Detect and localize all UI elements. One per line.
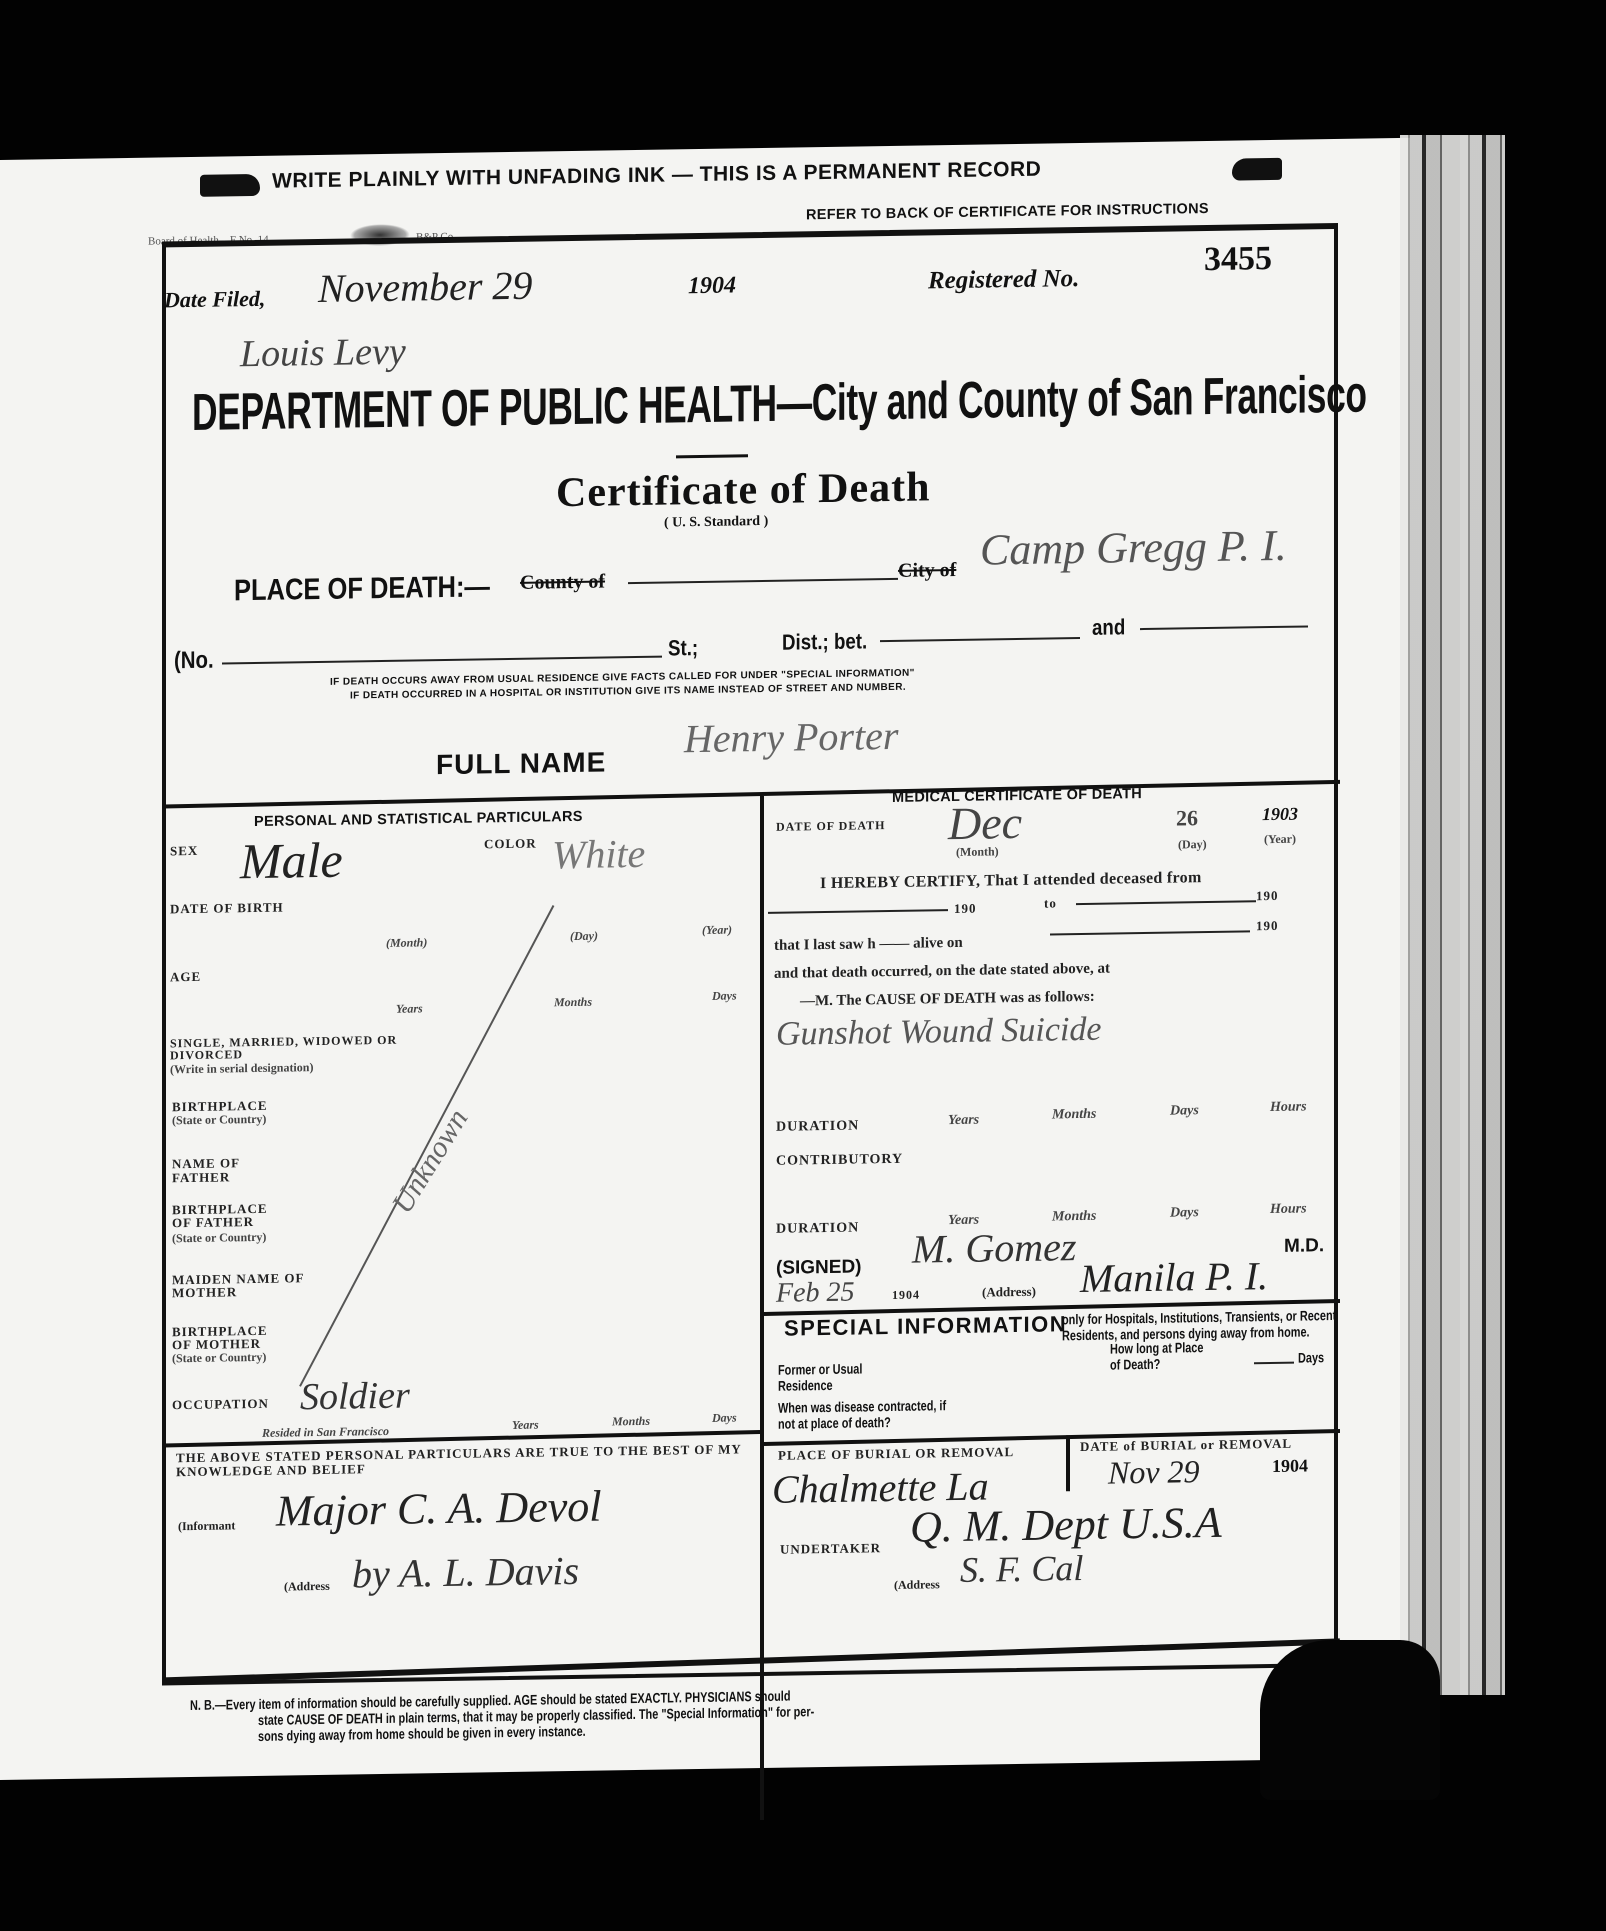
duration-hours-1: Hours (1270, 1099, 1307, 1116)
residence-label: Former or Usual Residence (778, 1360, 872, 1393)
signed-value[interactable]: M. Gomez (912, 1223, 1076, 1273)
city-value[interactable]: Camp Gregg P. I. (980, 520, 1287, 576)
dob-day-label: (Day) (570, 929, 598, 944)
burial-date-year: 1904 (1272, 1455, 1308, 1477)
informant-value[interactable]: Major C. A. Devol (276, 1481, 602, 1537)
informant-label: (Informant (178, 1518, 235, 1534)
marital-note: (Write in serial designation) (170, 1060, 313, 1077)
dob-month-label: (Month) (386, 935, 427, 951)
street-label: St.; (668, 635, 698, 661)
color-label: COLOR (484, 836, 537, 853)
officer-signature: Louis Levy (240, 330, 406, 377)
burial-vertical-divider (1066, 1435, 1070, 1491)
occupation-value[interactable]: Soldier (300, 1374, 410, 1420)
dod-year-value[interactable]: 1903 (1262, 804, 1298, 826)
date-filed-value[interactable]: November 29 (318, 262, 532, 312)
date-filed-label: Date Filed, (164, 286, 265, 314)
dod-label: DATE OF DEATH (776, 818, 885, 835)
informant-address-value[interactable]: by A. L. Davis (352, 1547, 579, 1598)
age-days-label: Days (712, 988, 737, 1003)
district-label: Dist.; bet. (782, 628, 867, 655)
undertaker-address-value[interactable]: S. F. Cal (960, 1547, 1083, 1591)
thumb-shadow (1260, 1640, 1440, 1800)
duration-label-1: DURATION (776, 1119, 859, 1136)
informant-address-label: (Address (284, 1579, 330, 1595)
duration-label-2: DURATION (776, 1221, 859, 1238)
page-stack-edge (1400, 135, 1505, 1695)
certificate-title: Certificate of Death (556, 463, 931, 517)
center-divider (760, 796, 764, 1820)
dod-year-label: (Year) (1264, 832, 1296, 848)
undertaker-label: UNDERTAKER (780, 1540, 881, 1558)
days-label: Days (1298, 1349, 1324, 1365)
signed-date-value[interactable]: Feb 25 (776, 1277, 855, 1310)
dod-day-value[interactable]: 26 (1176, 805, 1198, 831)
special-heading-note: only for Hospitals, Institutions, Transi… (1062, 1307, 1343, 1343)
duration-months-1: Months (1052, 1107, 1096, 1124)
color-value[interactable]: White (552, 830, 645, 878)
resided-days-label: Days (712, 1410, 737, 1425)
father-birthplace-label: BIRTHPLACE OF FATHER (172, 1202, 282, 1230)
full-name-value[interactable]: Henry Porter (684, 712, 898, 762)
father-birthplace-note: (State or Country) (172, 1230, 266, 1246)
to-year: 190 (1256, 888, 1279, 904)
md-label: M.D. (1284, 1235, 1324, 1258)
registered-no-value[interactable]: 3455 (1204, 240, 1272, 279)
how-long-label: How long at Place of Death? (1110, 1339, 1204, 1372)
cause-value[interactable]: Gunshot Wound Suicide (776, 1011, 1102, 1054)
registered-no-label: Registered No. (928, 265, 1079, 295)
duration-years-1: Years (948, 1113, 979, 1129)
duration-days-1: Days (1170, 1103, 1199, 1119)
mother-birthplace-label: BIRTHPLACE OF MOTHER (172, 1324, 282, 1352)
and-label: and (1092, 614, 1125, 641)
city-label: City of (898, 559, 956, 583)
medical-address-label: (Address) (982, 1284, 1036, 1301)
mother-birthplace-note: (State or Country) (172, 1350, 266, 1366)
mother-maiden-label: MAIDEN NAME OF MOTHER (172, 1271, 312, 1299)
undertaker-address-label: (Address (894, 1577, 940, 1593)
occupation-label: OCCUPATION (172, 1396, 269, 1414)
instructions-note: REFER TO BACK OF CERTIFICATE FOR INSTRUC… (806, 201, 1209, 223)
dod-day-label: (Day) (1178, 837, 1207, 852)
date-filed-year: 1904 (688, 272, 736, 300)
duration-days-2: Days (1170, 1205, 1199, 1221)
resided-months-label: Months (612, 1414, 650, 1430)
contributory-label: CONTRIBUTORY (776, 1152, 903, 1170)
pointing-hand-icon (200, 174, 260, 197)
from-year: 190 (954, 901, 977, 917)
dob-year-label: (Year) (702, 923, 732, 938)
special-heading: SPECIAL INFORMATION (784, 1311, 1067, 1341)
dob-label: DATE OF BIRTH (170, 900, 284, 918)
certificate-page: WRITE PLAINLY WITH UNFADING INK — THIS I… (0, 138, 1410, 1780)
duration-hours-2: Hours (1270, 1201, 1307, 1218)
age-label: AGE (170, 969, 201, 985)
resided-years-label: Years (512, 1418, 539, 1433)
last-saw-line: that I last saw h —— alive on (774, 935, 963, 955)
county-label: County of (520, 570, 605, 594)
to-label: to (1044, 895, 1057, 911)
sex-value[interactable]: Male (240, 831, 343, 891)
signed-year: 1904 (892, 1288, 920, 1303)
place-of-death-label: PLACE OF DEATH:— (234, 570, 490, 608)
marital-label: SINGLE, MARRIED, WIDOWED OR DIVORCED (170, 1034, 410, 1062)
sex-label: SEX (170, 843, 198, 859)
dod-month-value[interactable]: Dec (948, 796, 1022, 850)
age-months-label: Months (554, 995, 592, 1011)
full-name-label: FULL NAME (436, 746, 606, 781)
street-no-label: (No. (174, 647, 214, 676)
last-saw-year: 190 (1256, 918, 1279, 934)
banner-text: WRITE PLAINLY WITH UNFADING INK — THIS I… (272, 158, 1041, 194)
undertaker-value[interactable]: Q. M. Dept U.S.A (910, 1497, 1222, 1553)
dod-month-label: (Month) (956, 844, 999, 860)
burial-date-value[interactable]: Nov 29 (1108, 1453, 1200, 1491)
pointing-hand-icon-right (1232, 158, 1282, 181)
father-name-label: NAME OF FATHER (172, 1156, 262, 1185)
age-years-label: Years (396, 1001, 423, 1016)
contracted-label: When was disease contracted, if not at p… (778, 1397, 965, 1432)
standard-subtitle: ( U. S. Standard ) (664, 514, 768, 532)
medical-address-value[interactable]: Manila P. I. (1080, 1252, 1268, 1302)
burial-date-label: DATE of BURIAL or REMOVAL (1080, 1436, 1292, 1455)
birthplace-note: (State or Country) (172, 1112, 266, 1128)
